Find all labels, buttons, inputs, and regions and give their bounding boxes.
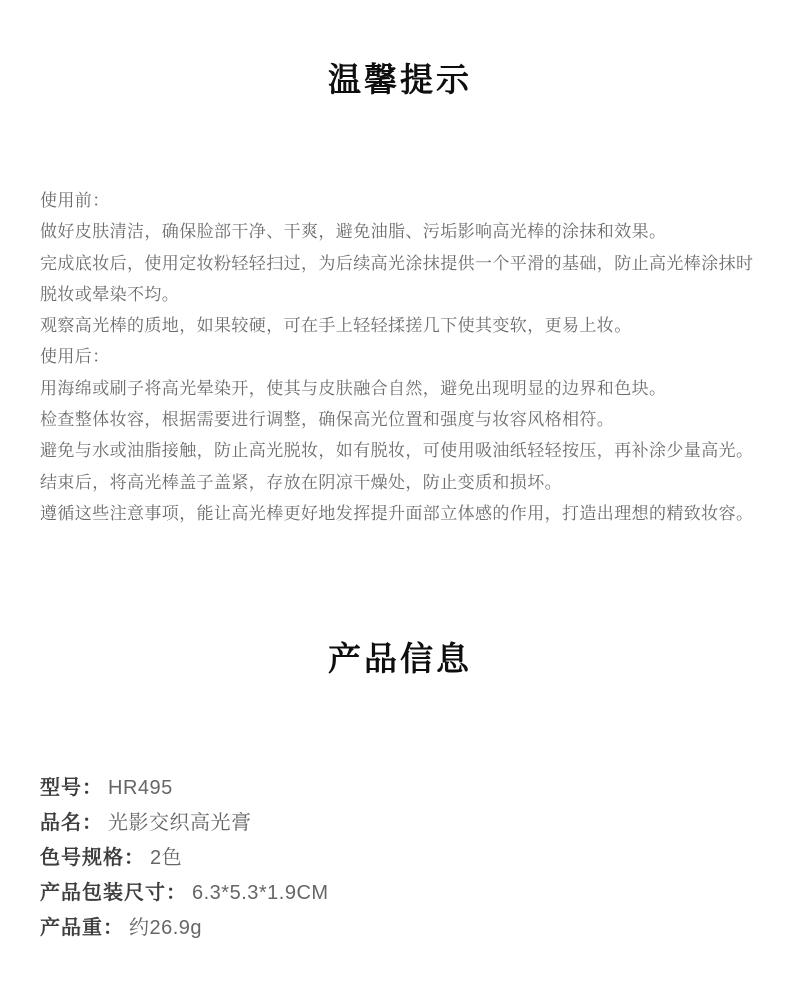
product-info-label: 品名：	[40, 812, 103, 834]
tip-paragraph: 使用后：	[40, 341, 760, 372]
product-info-row: 产品包装尺寸：6.3*5.3*1.9CM	[40, 876, 760, 911]
product-info-label: 型号：	[40, 777, 103, 799]
product-info-row: 产品重：约26.9g	[40, 911, 760, 946]
product-info-value: HR495	[108, 777, 173, 799]
tip-paragraph: 观察高光棒的质地，如果较硬，可在手上轻轻揉搓几下使其变软，更易上妆。	[40, 310, 760, 341]
product-info-value: 2色	[150, 847, 182, 869]
tips-section-title: 温馨提示	[0, 60, 800, 100]
tip-paragraph: 遵循这些注意事项，能让高光棒更好地发挥提升面部立体感的作用，打造出理想的精致妆容…	[40, 498, 760, 529]
product-info-value: 光影交织高光膏	[108, 812, 252, 834]
tip-paragraph: 用海绵或刷子将高光晕染开，使其与皮肤融合自然，避免出现明显的边界和色块。	[40, 373, 760, 404]
tip-paragraph: 完成底妆后，使用定妆粉轻轻扫过，为后续高光涂抹提供一个平滑的基础，防止高光棒涂抹…	[40, 248, 760, 311]
product-info-value: 6.3*5.3*1.9CM	[192, 882, 329, 904]
tip-paragraph: 做好皮肤清洁，确保脸部干净、干爽，避免油脂、污垢影响高光棒的涂抹和效果。	[40, 216, 760, 247]
product-info-label: 产品包装尺寸：	[40, 882, 187, 904]
product-info-label: 色号规格：	[40, 847, 145, 869]
product-info-list: 型号：HR495 品名：光影交织高光膏 色号规格：2色 产品包装尺寸：6.3*5…	[40, 771, 760, 946]
product-info-row: 型号：HR495	[40, 771, 760, 806]
tip-paragraph: 结束后，将高光棒盖子盖紧，存放在阴凉干燥处，防止变质和损坏。	[40, 467, 760, 498]
product-info-row: 品名：光影交织高光膏	[40, 806, 760, 841]
product-info-section-title: 产品信息	[0, 639, 800, 679]
tip-paragraph: 检查整体妆容，根据需要进行调整，确保高光位置和强度与妆容风格相符。	[40, 404, 760, 435]
tip-paragraph: 避免与水或油脂接触，防止高光脱妆，如有脱妆，可使用吸油纸轻轻按压，再补涂少量高光…	[40, 435, 760, 466]
product-description-page: 温馨提示 使用前： 做好皮肤清洁，确保脸部干净、干爽，避免油脂、污垢影响高光棒的…	[0, 0, 800, 1000]
product-info-value: 约26.9g	[129, 917, 202, 939]
tips-text-block: 使用前： 做好皮肤清洁，确保脸部干净、干爽，避免油脂、污垢影响高光棒的涂抹和效果…	[40, 185, 760, 529]
tip-paragraph: 使用前：	[40, 185, 760, 216]
product-info-row: 色号规格：2色	[40, 841, 760, 876]
product-info-label: 产品重：	[40, 917, 124, 939]
